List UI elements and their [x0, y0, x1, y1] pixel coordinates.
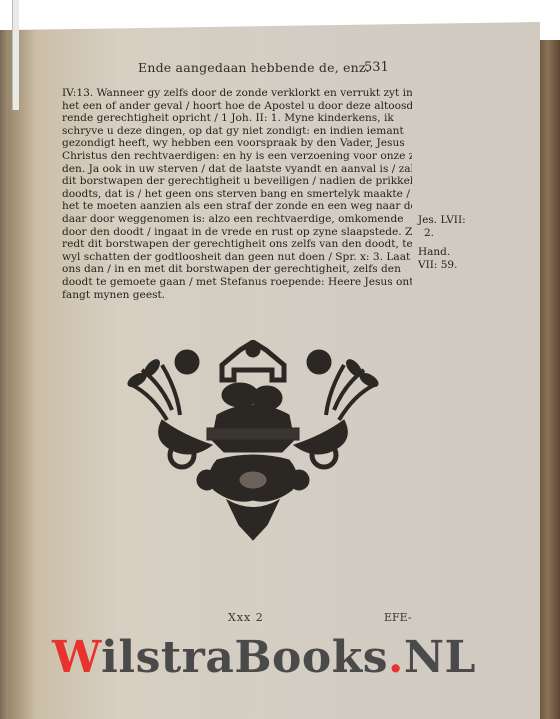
text-line: redt dit borstwapen der gerechtigheit on… — [62, 238, 412, 251]
text-line: gezondigt heeft, wy hebben een voorspraa… — [62, 137, 412, 150]
watermark-logo: WilstraBooks.NL — [52, 632, 476, 683]
text-line: door den doodt / ingaat in de vrede en r… — [62, 226, 412, 239]
text-line: het te moeten aanzien als een straf der … — [62, 200, 412, 213]
margin-note-line: Hand. — [418, 246, 457, 259]
text-line: daar door weggenomen is: alzo een rechtv… — [62, 213, 412, 226]
text-line: doodts, dat is / het geen ons sterven ba… — [62, 188, 412, 201]
bookmark-ribbon — [12, 0, 19, 110]
text-line: het een of ander geval / hoort hoe de Ap… — [62, 100, 412, 113]
watermark-first-letter: W — [52, 632, 101, 683]
catchword: EFE- — [384, 611, 412, 624]
page-number: 531 — [364, 60, 389, 75]
text-line: rende gerechtigheit opricht / 1 Joh. II:… — [62, 112, 412, 125]
margin-note-line: Jes. LVII: — [418, 214, 466, 227]
text-line: den. Ja ook in uw sterven / dat de laats… — [62, 163, 412, 176]
gutter-shadow — [8, 30, 36, 719]
tailpiece-ornament-icon — [122, 340, 384, 545]
signature-mark: Xxx 2 — [228, 611, 264, 624]
body-text: IV:13. Wanneer gy zelfs door de zonde ve… — [62, 87, 412, 301]
text-line: ons dan / in en met dit borstwapen der g… — [62, 263, 412, 276]
text-line: dit borstwapen der gerechtigheit u bevei… — [62, 175, 412, 188]
text-line: doodt te gemoete gaan / met Stefanus roe… — [62, 276, 412, 289]
text-line: wyl schatten der godtloosheit dan geen n… — [62, 251, 412, 264]
margin-note-handelingen: Hand. VII: 59. — [418, 246, 457, 272]
margin-note-jesaja: Jes. LVII: 2. — [418, 214, 466, 240]
text-line: Christus den rechtvaerdigen: en hy is ee… — [62, 150, 412, 163]
watermark-suffix: NL — [404, 632, 476, 683]
margin-note-line: VII: 59. — [418, 259, 457, 272]
watermark-dot: . — [388, 632, 404, 683]
text-line: IV:13. Wanneer gy zelfs door de zonde ve… — [62, 87, 412, 100]
margin-note-line: 2. — [418, 227, 466, 240]
text-line: schryve u deze dingen, op dat gy niet zo… — [62, 125, 412, 138]
text-line: fangt mynen geest. — [62, 289, 412, 302]
book-cover-right — [540, 40, 560, 719]
watermark-middle: ilstraBooks — [101, 632, 388, 683]
